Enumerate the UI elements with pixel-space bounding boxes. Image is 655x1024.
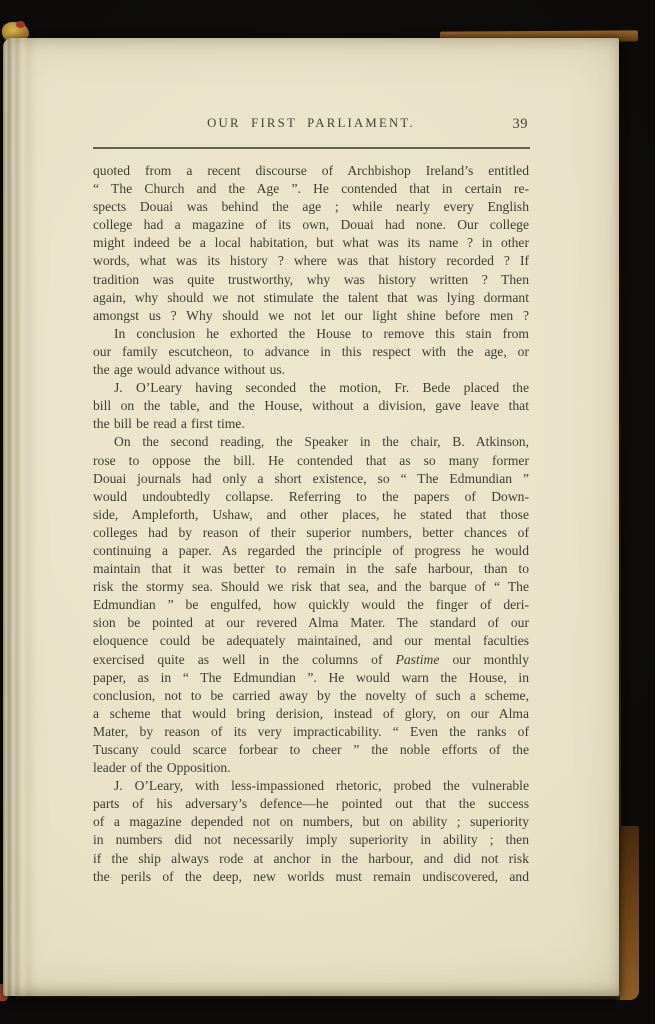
paragraph: J. O’Leary, with less-impassioned rhetor… [93,777,529,886]
text-line: risk the stormy sea. Should we risk that… [93,578,529,596]
page-header: OUR FIRST PARLIAMENT. 39 [93,116,529,134]
text-block: quoted from a recent discourse of Archbi… [93,162,529,886]
text-segment: our monthly [439,652,529,667]
text-line: Tuscany could scarce forbear to cheer ” … [93,741,529,759]
gilt-binding-ornament-red-fleck [16,21,25,28]
text-line: exercised quite as well in the columns o… [93,651,529,669]
paragraph: In conclusion he exhorted the House to r… [93,325,529,379]
text-line: the bill be read a first time. [93,415,529,433]
header-rule [93,147,530,149]
text-line: eloquence could be adequately maintained… [93,632,529,650]
spine-creases [3,38,37,996]
paragraph: On the second reading, the Speaker in th… [93,433,529,777]
text-line: maintain that it was better to remain in… [93,560,529,578]
text-line: In conclusion he exhorted the House to r… [93,325,529,343]
text-line: Edmundian ” be engulfed, how quickly wou… [93,596,529,614]
text-line: continuing a paper. As regarded the prin… [93,542,529,560]
text-line: sion be pointed at our revered Alma Mate… [93,614,529,632]
text-line: in numbers did not necessarily imply sup… [93,831,529,849]
text-line: the perils of the deep, new worlds must … [93,868,529,886]
text-line: would undoubtedly collapse. Referring to… [93,488,529,506]
italic-text: Pastime [396,652,440,667]
text-line: colleges had by reason of their superior… [93,524,529,542]
text-line: Mater, by reason of its very impracticab… [93,723,529,741]
text-line: spects Douai was behind the age ; while … [93,198,529,216]
text-line: conclusion, not to be carried away by th… [93,687,529,705]
text-line: paper, as in “ The Edmundian ”. He would… [93,669,529,687]
text-line: side, Ampleforth, Ushaw, and other place… [93,506,529,524]
text-line: tradition was quite trustworthy, why was… [93,271,529,289]
text-line: quoted from a recent discourse of Archbi… [93,162,529,180]
text-line: rose to oppose the bill. He contended th… [93,452,529,470]
paragraph: quoted from a recent discourse of Archbi… [93,162,529,325]
text-line: Douai journals had only a short existenc… [93,470,529,488]
text-line: might indeed be a local habitation, but … [93,234,529,252]
text-line: again, why should we not stimulate the t… [93,289,529,307]
text-line: a scheme that would bring derision, inst… [93,705,529,723]
text-segment: exercised quite as well in the columns o… [93,652,396,667]
page-number: 39 [513,116,529,133]
paragraph: J. O’Leary having seconded the motion, F… [93,379,529,433]
text-line: the age would advance without us. [93,361,529,379]
text-line: our family escutcheon, to advance in thi… [93,343,529,361]
text-line: bill on the table, and the House, withou… [93,397,529,415]
book-page: OUR FIRST PARLIAMENT. 39 quoted from a r… [3,38,619,996]
text-line: On the second reading, the Speaker in th… [93,433,529,451]
text-line: college had a magazine of its own, Douai… [93,216,529,234]
running-title: OUR FIRST PARLIAMENT. [93,116,529,131]
text-line: amongst us ? Why should we not let our l… [93,307,529,325]
text-line: parts of his adversary’s defence—he poin… [93,795,529,813]
text-line: if the ship always rode at anchor in the… [93,850,529,868]
text-line: leader of the Opposition. [93,759,529,777]
text-line: “ The Church and the Age ”. He contended… [93,180,529,198]
text-line: J. O’Leary, with less-impassioned rhetor… [93,777,529,795]
scanned-book-photo: OUR FIRST PARLIAMENT. 39 quoted from a r… [0,0,655,1024]
text-line: of a magazine depended not on numbers, b… [93,813,529,831]
text-line: words, what was its history ? where was … [93,252,529,270]
text-line: J. O’Leary having seconded the motion, F… [93,379,529,397]
